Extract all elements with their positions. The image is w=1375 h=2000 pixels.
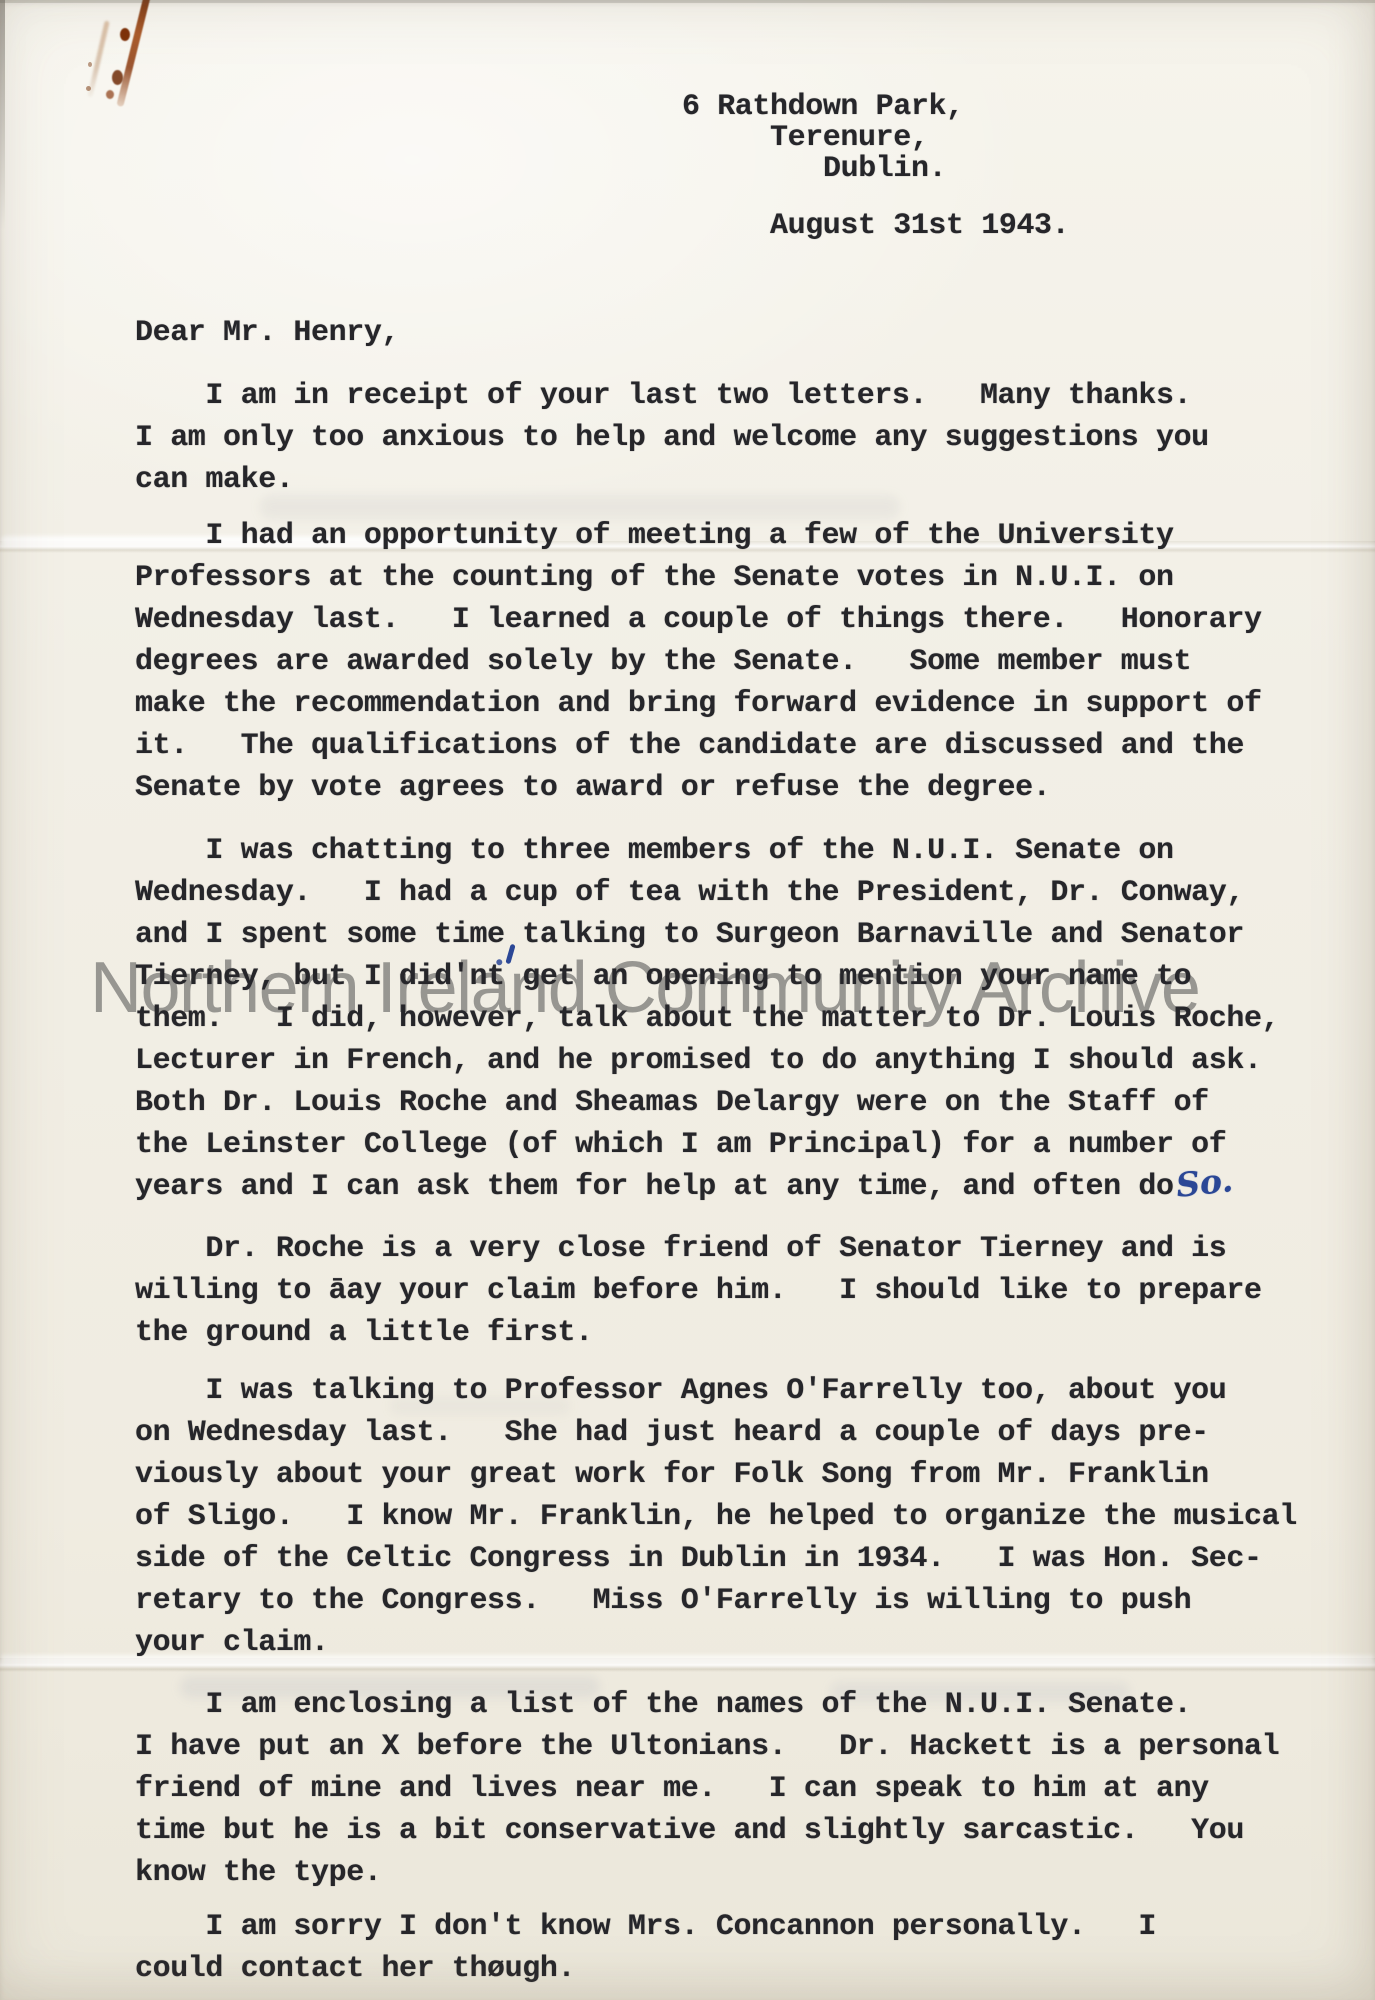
letter-line: them. I did, however, talk about the mat… [135,998,1350,1040]
letter-line: viously about your great work for Folk S… [135,1454,1350,1496]
letter-line: I am only too anxious to help and welcom… [135,417,1350,459]
paragraph: Dr. Roche is a very close friend of Sena… [135,1228,1350,1354]
letter-line: I am in receipt of your last two letters… [135,375,1350,417]
letter-line: could contact her thøugh. [135,1948,1350,1990]
letter-line: on Wednesday last. She had just heard a … [135,1412,1350,1454]
letter-line: friend of mine and lives near me. I can … [135,1768,1350,1810]
letter-line: the ground a little first. [135,1312,1350,1354]
letter-line: Tierney, but I did'nt get an opening to … [135,956,1350,998]
letter-line: I am sorry I don't know Mrs. Concannon p… [135,1906,1350,1948]
letter-line: Wednesday last. I learned a couple of th… [135,599,1350,641]
address-line: Terenure, [682,123,964,154]
letter-line: willing to āay your claim before him. I … [135,1270,1350,1312]
paragraph: I had an opportunity of meeting a few of… [135,515,1350,809]
letter-line: I was chatting to three members of the N… [135,830,1350,872]
letter-line: of Sligo. I know Mr. Franklin, he helped… [135,1496,1350,1538]
letter-line: it. The qualifications of the candidate … [135,725,1350,767]
letter-line: I was talking to Professor Agnes O'Farre… [135,1370,1350,1412]
letter-date: August 31st 1943. [770,205,1069,247]
rust-streak [116,0,150,107]
paragraph: I am enclosing a list of the names of th… [135,1684,1350,1894]
rust-blob [106,90,114,99]
letter-body: Dear Mr. Henry, I am in receipt of your … [135,312,1350,1990]
letter-line: Dr. Roche is a very close friend of Sena… [135,1228,1350,1270]
paragraph: I am sorry I don't know Mrs. Concannon p… [135,1906,1350,1990]
paragraph: I was talking to Professor Agnes O'Farre… [135,1370,1350,1664]
letter-line: can make. [135,459,1350,501]
letter-line: Both Dr. Louis Roche and Sheamas Delargy… [135,1082,1350,1124]
rust-dot [86,86,91,91]
letter-line: Senate by vote agrees to award or refuse… [135,767,1350,809]
scan-top-edge [0,0,1375,3]
rust-stain [60,0,200,140]
letter-line: I had an opportunity of meeting a few of… [135,515,1350,557]
address-line: Dublin. [682,154,964,185]
letter-line: time but he is a bit conservative and sl… [135,1810,1350,1852]
letter-line: years and I can ask them for help at any… [135,1166,1350,1208]
rust-blob [112,70,123,85]
address-line: 6 Rathdown Park, [682,92,964,123]
paragraph: I was chatting to three members of the N… [135,830,1350,1208]
letter-line: and I spent some time talking to Surgeon… [135,914,1350,956]
letter-line: I have put an X before the Ultonians. Dr… [135,1726,1350,1768]
letter-line: Wednesday. I had a cup of tea with the P… [135,872,1350,914]
letter-scan-page: Northern Ireland Community Archive 6 Rat… [0,0,1375,2000]
letter-line: I am enclosing a list of the names of th… [135,1684,1350,1726]
sender-address: 6 Rathdown Park,Terenure,Dublin. [682,92,964,185]
rust-dot [88,62,92,67]
letter-line: make the recommendation and bring forwar… [135,683,1350,725]
letter-line: degrees are awarded solely by the Senate… [135,641,1350,683]
rust-blob [120,28,130,41]
letter-line: Professors at the counting of the Senate… [135,557,1350,599]
salutation: Dear Mr. Henry, [135,312,1350,354]
letter-line: the Leinster College (of which I am Prin… [135,1124,1350,1166]
letter-line: Lecturer in French, and he promised to d… [135,1040,1350,1082]
letter-line: retary to the Congress. Miss O'Farrelly … [135,1580,1350,1622]
rust-streak-faint [87,20,109,97]
paragraph: I am in receipt of your last two letters… [135,375,1350,501]
letter-line: your claim. [135,1622,1350,1664]
letter-line: side of the Celtic Congress in Dublin in… [135,1538,1350,1580]
letter-line: know the type. [135,1852,1350,1894]
scan-left-edge [0,0,5,230]
handwritten-so-annotation: So. [1174,1160,1235,1205]
